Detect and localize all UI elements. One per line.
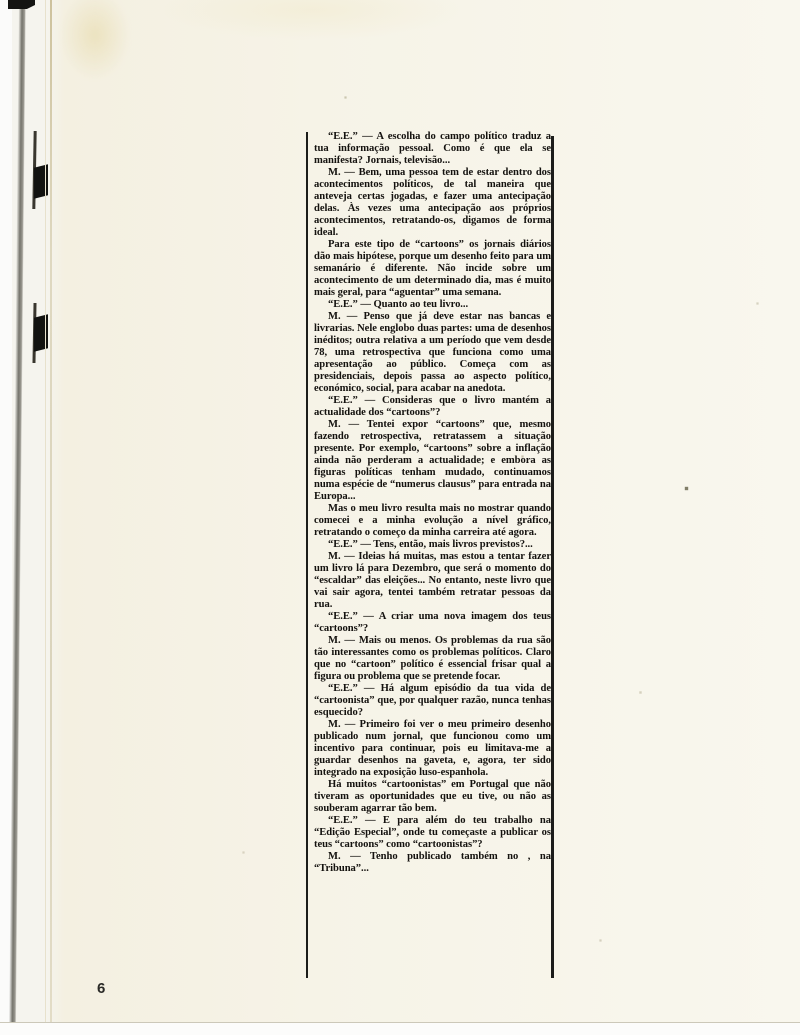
- paper-stain: [60, 0, 130, 80]
- paper-speckles: [0, 0, 1, 1]
- paragraph: Há muitos “cartoonistas” em Portugal que…: [314, 779, 551, 815]
- paragraph: “E.E.” — E para além do teu trabalho na …: [314, 815, 551, 851]
- bottom-scan-edge: [0, 1022, 800, 1035]
- paragraph: “E.E.” — Há algum episódio da tua vida d…: [314, 683, 551, 719]
- paragraph: “E.E.” — Quanto ao teu livro...: [314, 299, 551, 311]
- paper-stain: [162, 0, 462, 40]
- page-fold-line: [45, 0, 46, 1022]
- scanned-page: “E.E.” — A escolha do campo político tra…: [0, 0, 800, 1035]
- paragraph: M. — Penso que já deve estar nas bancas …: [314, 311, 551, 395]
- column-rule-right: [551, 136, 554, 978]
- paragraph: “E.E.” — Tens, então, mais livros previs…: [314, 539, 551, 551]
- column-rule-left: [306, 132, 308, 978]
- paragraph: M. — Bem, uma pessoa tem de estar dentro…: [314, 167, 551, 239]
- paragraph: M. — Tentei expor “cartoons” que, mesmo …: [314, 419, 551, 503]
- paragraph: M. — Ideias há muitas, mas estou a tenta…: [314, 551, 551, 611]
- paragraph: M. — Primeiro foi ver o meu primeiro des…: [314, 719, 551, 779]
- paragraph: M. — Tenho publicado também no , na “Tri…: [314, 851, 551, 875]
- paragraph: M. — Mais ou menos. Os problemas da rua …: [314, 635, 551, 683]
- page-fold-line: [50, 0, 52, 1022]
- paragraph: “E.E.” — A criar uma nova imagem dos teu…: [314, 611, 551, 635]
- paragraph: Para este tipo de “cartoons” os jornais …: [314, 239, 551, 299]
- article-column: “E.E.” — A escolha do campo político tra…: [314, 131, 551, 875]
- page-number: 6: [97, 980, 105, 997]
- paragraph: “E.E.” — A escolha do campo político tra…: [314, 131, 551, 167]
- paragraph: Mas o meu livro resulta mais no mostrar …: [314, 503, 551, 539]
- paragraph: “E.E.” — Consideras que o livro mantém a…: [314, 395, 551, 419]
